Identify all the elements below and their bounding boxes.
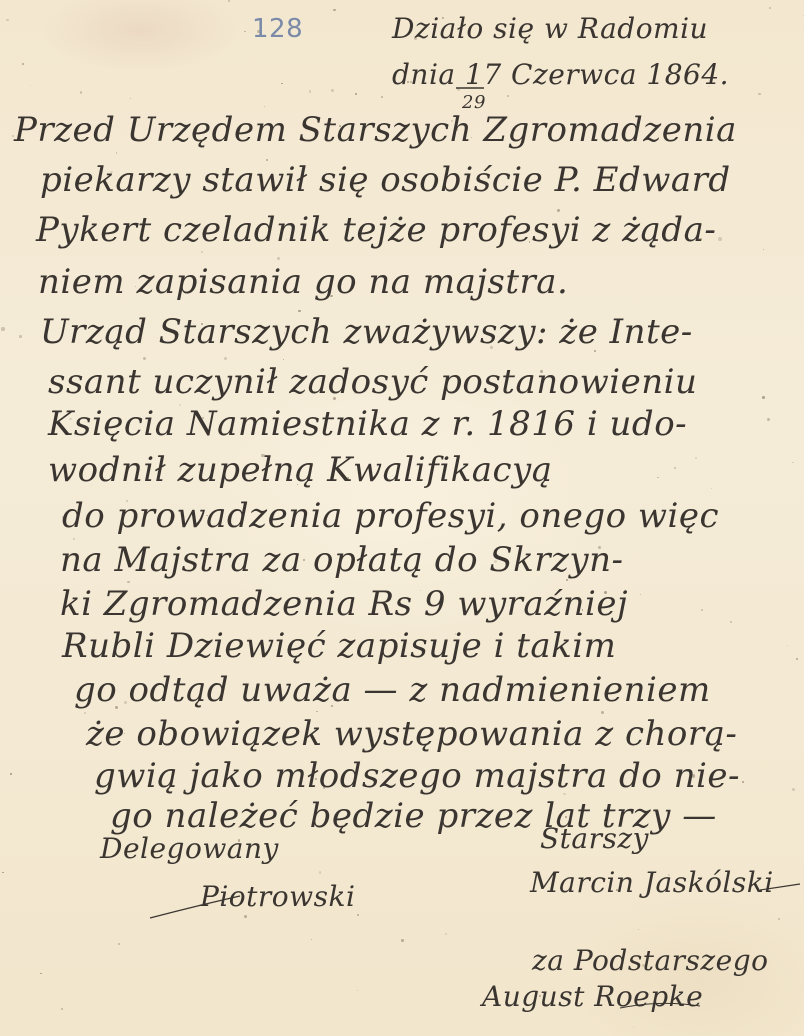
underline-strokes [0,0,804,1036]
